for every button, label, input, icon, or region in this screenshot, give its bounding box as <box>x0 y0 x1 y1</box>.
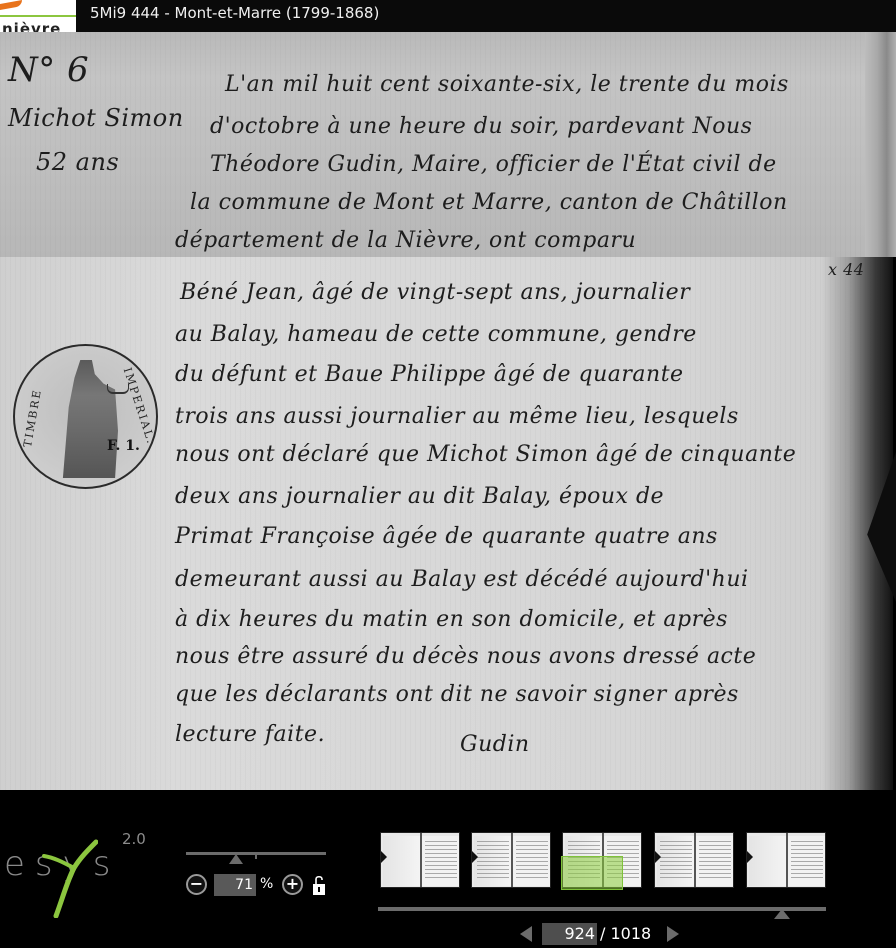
zoom-unit: % <box>260 876 273 892</box>
handwritten-line: Théodore Gudin, Maire, officier de l'Éta… <box>210 152 777 177</box>
page-number-input[interactable]: 924 <box>542 923 597 945</box>
act-number: N° 6 <box>8 50 89 90</box>
zoom-control: − 71 % + <box>186 850 331 900</box>
deceased-name-margin: Michot Simon <box>8 104 184 132</box>
zoom-out-button[interactable]: − <box>186 874 207 895</box>
thumbnail-page[interactable] <box>380 832 460 888</box>
document-title: 5Mi9 444 - Mont-et-Marre (1799-1868) <box>90 4 379 22</box>
unlock-icon[interactable] <box>312 874 326 896</box>
handwritten-line: du défunt et Baue Philippe âgé de quaran… <box>175 362 684 387</box>
brand-version: 2.0 <box>122 830 146 848</box>
imperial-stamp-icon: TIMBRE IMPERIAL. F. 1. <box>13 344 158 489</box>
thumb-gutter <box>786 833 788 888</box>
plus-icon: + <box>286 874 299 893</box>
thumb-gutter <box>420 833 422 888</box>
zoom-slider-handle[interactable] <box>229 854 243 864</box>
control-panel: esys 2.0 − 71 % + <box>0 790 896 948</box>
handwritten-line: demeurant aussi au Balay est décédé aujo… <box>175 567 749 592</box>
stamp-mark: F. 1. <box>107 438 140 454</box>
deceased-age-margin: 52 ans <box>36 148 119 176</box>
previous-page-icon[interactable] <box>520 926 532 942</box>
handwritten-line: trois ans aussi journalier au même lieu,… <box>175 404 739 429</box>
thumb-gutter <box>694 833 696 888</box>
page-edge-shadow <box>865 32 896 257</box>
zoom-slider-tick <box>255 852 257 859</box>
handwritten-line: Primat Françoise âgée de quarante quatre… <box>175 524 718 549</box>
page-total: / 1018 <box>600 924 651 943</box>
thumb-writing <box>477 841 509 881</box>
handwritten-line: L'an mil huit cent soixante-six, le tren… <box>225 72 789 97</box>
handwritten-line: la commune de Mont et Marre, canton de C… <box>190 190 788 215</box>
header-bar: nièvre 5Mi9 444 - Mont-et-Marre (1799-18… <box>0 0 896 32</box>
document-viewer[interactable]: N° 6 Michot Simon 52 ans L'an mil huit c… <box>0 32 896 790</box>
scan-upper-page: N° 6 Michot Simon 52 ans L'an mil huit c… <box>0 32 893 257</box>
zoom-in-button[interactable]: + <box>282 874 303 895</box>
handwritten-line: nous ont déclaré que Michot Simon âgé de… <box>175 442 796 467</box>
handwritten-line: d'octobre à une heure du soir, pardevant… <box>210 114 752 139</box>
thumb-gutter <box>511 833 513 888</box>
stamp-text-left: TIMBRE <box>21 388 44 449</box>
viewport-indicator[interactable] <box>561 856 623 890</box>
handwritten-line: lecture faite. <box>175 722 325 747</box>
thumb-writing <box>699 841 731 881</box>
page-navigator: 924 / 1018 <box>520 923 690 945</box>
page-reference: x 44 <box>828 260 864 279</box>
handwritten-line: deux ans journalier au dit Balay, époux … <box>175 484 664 509</box>
justice-figure <box>60 360 118 478</box>
handwritten-line: que les déclarants ont dit ne savoir sig… <box>175 682 739 707</box>
handwritten-line: nous être assuré du décès nous avons dre… <box>175 644 756 669</box>
handwritten-line: département de la Nièvre, ont comparu <box>175 228 636 253</box>
zoom-percent-input[interactable]: 71 <box>214 874 256 896</box>
thumbnail-page[interactable] <box>654 832 734 888</box>
thumb-left-page <box>383 836 420 886</box>
next-page-icon[interactable] <box>667 926 679 942</box>
thumb-writing <box>791 841 823 881</box>
page-slider-track[interactable] <box>378 907 826 911</box>
mayor-signature: Gudin <box>460 732 530 757</box>
thumb-writing <box>425 841 457 881</box>
handwritten-line: au Balay, hameau de cette commune, gendr… <box>175 322 697 347</box>
brand-y-icon <box>38 834 98 918</box>
handwritten-line: à dix heures du matin en son domicile, e… <box>175 607 728 632</box>
nievre-logo[interactable]: nièvre <box>0 0 76 32</box>
thumbnail-page[interactable] <box>746 832 826 888</box>
thumbnail-strip <box>378 830 828 892</box>
thumb-writing <box>516 841 548 881</box>
minus-icon: − <box>190 874 203 893</box>
thumb-left-page <box>749 836 786 886</box>
page-slider-handle[interactable] <box>774 909 790 919</box>
esys-logo: esys 2.0 <box>0 830 150 920</box>
handwritten-line: Béné Jean, âgé de vingt-sept ans, journa… <box>180 280 690 305</box>
logo-green-line <box>0 15 76 17</box>
thumbnail-page[interactable] <box>471 832 551 888</box>
thumb-writing <box>660 841 692 881</box>
logo-text: nièvre <box>2 20 61 32</box>
logo-swoosh-icon <box>0 0 22 10</box>
